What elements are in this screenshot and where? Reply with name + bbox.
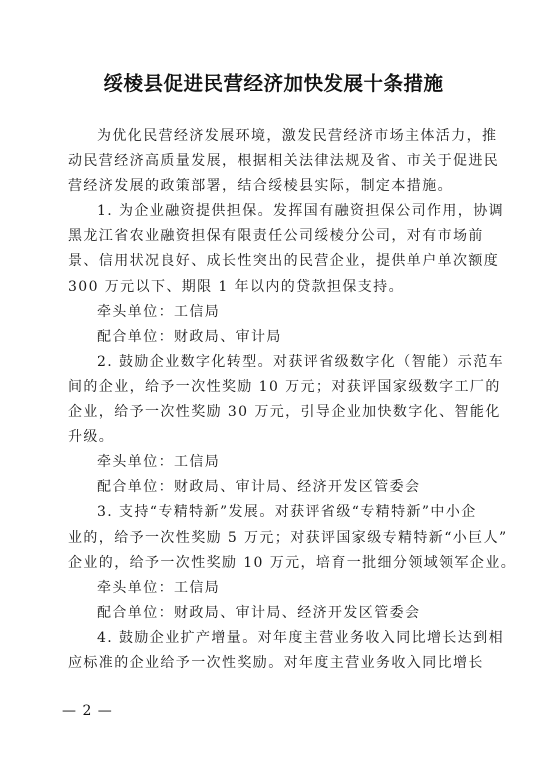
document-body: 为优化民营经济发展环境，激发民营经济市场主体活力，推 动民营经济高质量发展，根据… (68, 124, 481, 676)
paragraph-line: 300 万元以下、期限 1 年以内的贷款担保支持。 (68, 275, 481, 300)
document-title: 绥棱县促进民营经济加快发展十条措施 (0, 68, 547, 96)
paragraph-line: 升级。 (68, 425, 481, 450)
paragraph-line: 应标准的企业给予一次性奖励。对年度主营业务收入同比增长 (68, 651, 481, 676)
paragraph-line: 动民营经济高质量发展，根据相关法律法规及省、市关于促进民 (68, 149, 481, 174)
paragraph-line: 间的企业，给予一次性奖励 10 万元；对获评国家级数字工厂的 (68, 375, 481, 400)
paragraph-line: 营经济发展的政策部署，结合绥棱县实际，制定本措施。 (68, 174, 481, 199)
paragraph-line: 景、信用状况良好、成长性突出的民营企业，提供单户单次额度 (68, 249, 481, 274)
measure-2-heading-line: 2. 鼓励企业数字化转型。对获评省级数字化（智能）示范车 (68, 350, 481, 375)
paragraph-line: 业的，给予一次性奖励 5 万元；对获评国家级专精特新“小巨人” (68, 526, 481, 551)
paragraph-line: 企业的，给予一次性奖励 10 万元，培育一批细分领域领军企业。 (68, 551, 481, 576)
paragraph-line: 为优化民营经济发展环境，激发民营经济市场主体活力，推 (68, 124, 481, 149)
cooperating-unit-line: 配合单位：财政局、审计局、经济开发区管委会 (68, 601, 481, 626)
cooperating-unit-line: 配合单位：财政局、审计局、经济开发区管委会 (68, 475, 481, 500)
paragraph-line: 黑龙江省农业融资担保有限责任公司绥棱分公司，对有市场前 (68, 224, 481, 249)
document-page: 绥棱县促进民营经济加快发展十条措施 为优化民营经济发展环境，激发民营经济市场主体… (0, 0, 547, 774)
cooperating-unit-line: 配合单位：财政局、审计局 (68, 325, 481, 350)
page-number: — 2 — (62, 703, 113, 719)
lead-unit-line: 牵头单位：工信局 (68, 300, 481, 325)
measure-1-heading-line: 1. 为企业融资提供担保。发挥国有融资担保公司作用，协调 (68, 199, 481, 224)
lead-unit-line: 牵头单位：工信局 (68, 576, 481, 601)
paragraph-line: 企业，给予一次性奖励 30 万元，引导企业加快数字化、智能化 (68, 400, 481, 425)
measure-3-heading-line: 3. 支持“专精特新”发展。对获评省级“专精特新”中小企 (68, 500, 481, 525)
measure-4-heading-line: 4. 鼓励企业扩产增量。对年度主营业务收入同比增长达到相 (68, 626, 481, 651)
lead-unit-line: 牵头单位：工信局 (68, 450, 481, 475)
